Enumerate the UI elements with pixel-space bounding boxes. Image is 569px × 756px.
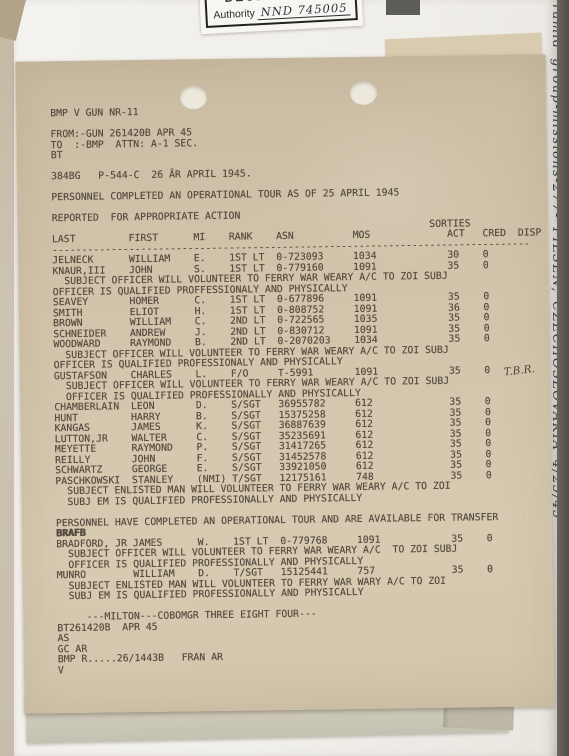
table-cell: 35: [448, 292, 484, 303]
table-cell: 35: [448, 313, 484, 324]
document-paper: BMP V GUN NR-11 FROM:-GUN 261420B APR 45…: [15, 54, 554, 713]
typed-message-body: BMP V GUN NR-11 FROM:-GUN 261420B APR 45…: [50, 102, 554, 676]
table-cell: 35: [449, 397, 485, 408]
left-page-edge: [0, 0, 14, 756]
table-cell: 35: [450, 418, 486, 429]
table-cell: 35: [452, 565, 488, 576]
table-cell: 0: [485, 439, 491, 450]
stamp-authority-number: NND 745005: [257, 0, 351, 20]
table-cell: 0: [487, 534, 493, 545]
table-cell: 35: [450, 460, 486, 471]
table-cell: 35: [448, 334, 484, 345]
table-cell: 35: [450, 439, 486, 450]
table-cell: C.: [195, 317, 231, 328]
table-cell: 35: [449, 366, 485, 377]
scanned-document-view: BMP V GUN NR-11 FROM:-GUN 261420B APR 45…: [0, 0, 569, 756]
table-cell: P.: [196, 443, 232, 454]
right-dark-edge: [557, 0, 569, 756]
table-cell: 30: [447, 250, 483, 261]
table-cell: 0: [484, 313, 490, 324]
table-cell: 0: [487, 565, 493, 576]
table-cell: 0: [484, 334, 490, 345]
top-right-dark-tab: [386, 0, 420, 15]
table-cell: D.: [196, 401, 232, 412]
table-cell: 0: [483, 292, 489, 303]
punch-hole-left: [180, 85, 207, 109]
table-cell: 35: [447, 261, 483, 272]
table-cell: 35: [450, 471, 486, 482]
table-cell: K.: [196, 422, 232, 433]
table-cell: E.: [194, 254, 230, 265]
stamp-border: DECLASSIFIED Authority NND 745005: [204, 0, 358, 28]
table-cell: 0: [485, 418, 491, 429]
punch-hole-right: [350, 81, 377, 105]
table-cell: 0: [486, 471, 492, 482]
stamp-authority-label: Authority: [213, 7, 255, 21]
table-cell: 0: [484, 366, 490, 377]
table-cell: C.: [194, 296, 230, 307]
tbr-annotation: T.B.R.: [503, 363, 535, 377]
table-cell: 0: [483, 250, 489, 261]
table-cell: 0: [486, 460, 492, 471]
table-cell: 0: [485, 397, 491, 408]
table-cell: 0: [483, 261, 489, 272]
